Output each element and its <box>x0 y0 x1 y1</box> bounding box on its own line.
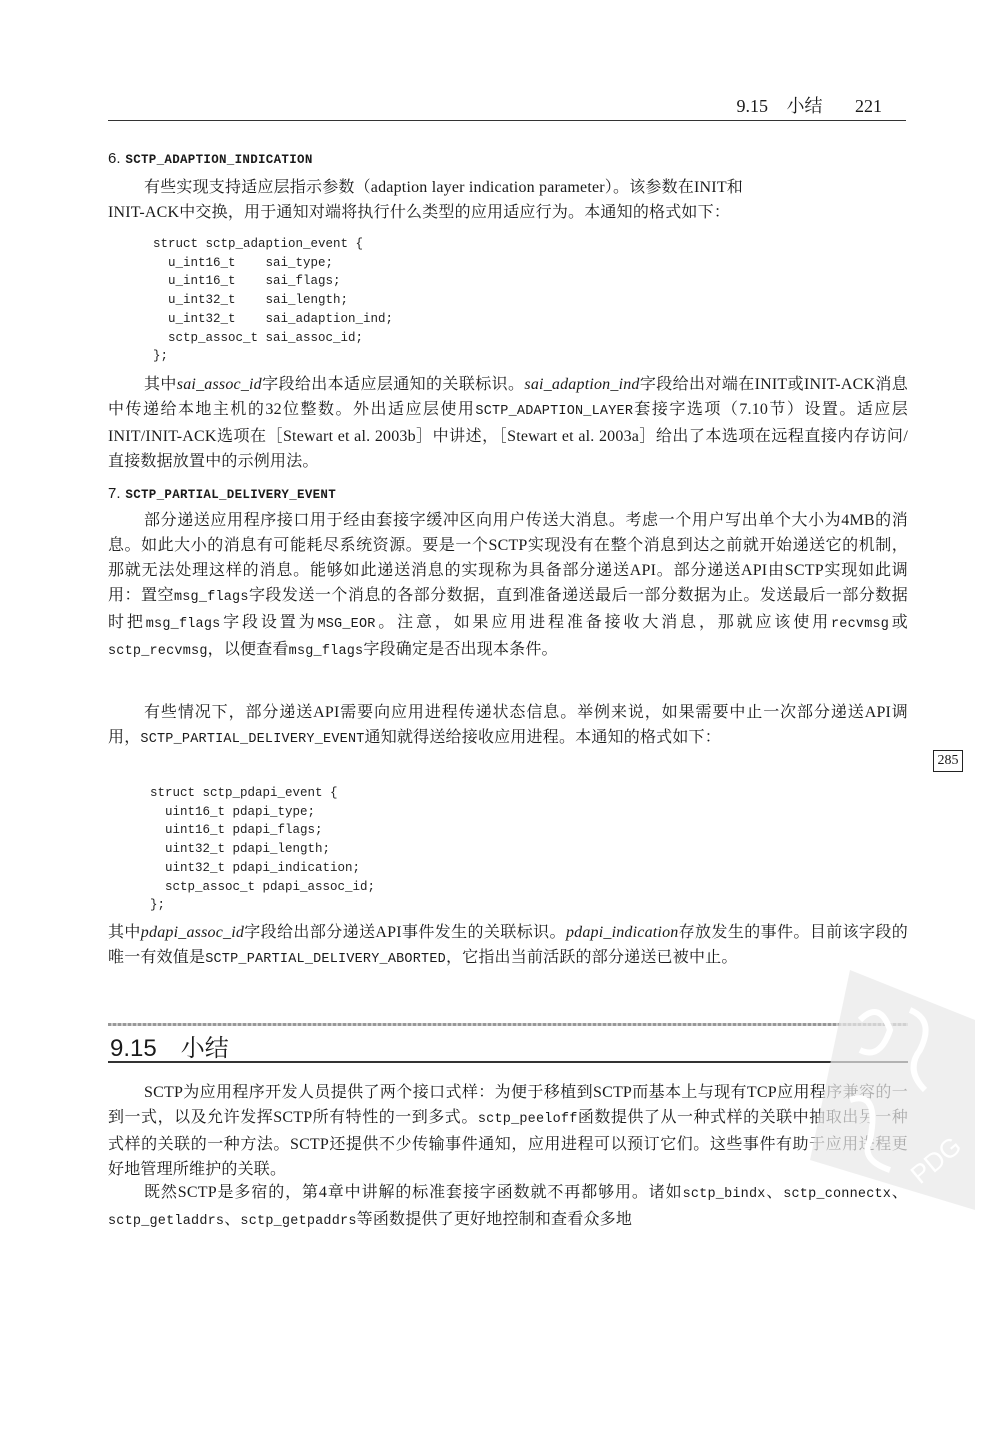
section-number: 9.15 <box>110 1035 157 1062</box>
item6-number: 6. <box>108 150 121 167</box>
text: 字段给出部分递送API事件发生的关联标识。 <box>244 924 566 941</box>
const-sctp-partial-delivery-aborted: SCTP_PARTIAL_DELIVERY_ABORTED <box>205 952 446 967</box>
field-sai-adaption-ind: sai_adaption_ind <box>524 376 639 393</box>
header-section-number: 9.15 <box>737 96 769 116</box>
text: 其中 <box>144 376 177 393</box>
field-sai-assoc-id: sai_assoc_id <box>177 376 262 393</box>
header-page-number: 221 <box>855 96 882 116</box>
code-sctp-getladdrs: sctp_getladdrs <box>108 1214 224 1229</box>
item6-intro-line1: 有些实现支持适应层指示参数（adaption layer indication … <box>108 175 908 200</box>
item6-title: SCTP_ADAPTION_INDICATION <box>125 153 312 167</box>
item7-paragraph-1: 部分递送应用程序接口用于经由套接字缓冲区向用户传送大消息。考虑一个用户写出单个大… <box>108 508 908 664</box>
separator: 、 <box>766 1184 784 1201</box>
item6-heading: 6. SCTP_ADAPTION_INDICATION <box>108 150 908 167</box>
margin-page-reference: 285 <box>933 750 963 772</box>
running-header: 9.15 小结 221 <box>108 92 906 121</box>
field-pdapi-assoc-id: pdapi_assoc_id <box>141 924 244 941</box>
text: 字段设置为 <box>220 614 317 631</box>
code-recvmsg: recvmsg <box>831 617 889 632</box>
section-title: 小结 <box>181 1035 229 1062</box>
const-sctp-adaption-layer: SCTP_ADAPTION_LAYER <box>475 404 633 419</box>
text: 其中 <box>108 924 141 941</box>
item7-description: 其中pdapi_assoc_id字段给出部分递送API事件发生的关联标识。pda… <box>108 920 908 972</box>
header-section-title: 小结 <box>787 96 823 116</box>
text: 字段确定是否出现本条件。 <box>363 641 557 658</box>
code-msg-flags: msg_flags <box>146 617 221 632</box>
separator: 、 <box>891 1184 908 1201</box>
field-pdapi-indication: pdapi_indication <box>566 924 679 941</box>
text: 或 <box>889 614 908 631</box>
item7-code-block: struct sctp_pdapi_event { uint16_t pdapi… <box>150 784 950 915</box>
code-sctp-connectx: sctp_connectx <box>783 1187 891 1202</box>
code-msg-flags: msg_flags <box>289 644 364 659</box>
summary-paragraph-2: 既然SCTP是多宿的，第4章中讲解的标准套接字函数就不再都够用。诸如sctp_b… <box>108 1180 908 1234</box>
text: 字段给出本适应层通知的关联标识。 <box>262 376 525 393</box>
header-right: 9.15 小结 221 <box>723 92 883 118</box>
section-rule-top <box>108 1023 908 1026</box>
text: 等函数提供了更好地控制和查看众多地 <box>357 1211 632 1228</box>
book-page: 9.15 小结 221 6. SCTP_ADAPTION_INDICATION … <box>0 0 983 1432</box>
item6-description: 其中sai_assoc_id字段给出本适应层通知的关联标识。sai_adapti… <box>108 372 908 474</box>
separator: 、 <box>224 1211 240 1228</box>
item7-paragraph-2: 有些情况下，部分递送API需要向应用进程传递状态信息。举例来说，如果需要中止一次… <box>108 700 908 752</box>
section-heading: 9.15小结 <box>110 1028 229 1063</box>
text: 既然SCTP是多宿的，第4章中讲解的标准套接字函数就不再都够用。诸如 <box>144 1184 683 1201</box>
code-sctp-peeloff: sctp_peeloff <box>478 1112 578 1127</box>
item7-number: 7. <box>108 485 121 502</box>
svg-text:PDG: PDG <box>905 1130 967 1189</box>
code-sctp-getpaddrs: sctp_getpaddrs <box>240 1214 356 1229</box>
item7-title: SCTP_PARTIAL_DELIVERY_EVENT <box>125 488 336 502</box>
code-sctp-recvmsg: sctp_recvmsg <box>108 644 208 659</box>
text: 。注意，如果应用进程准备接收大消息，那就应该使用 <box>376 614 831 631</box>
text: 通知就得送给接收应用进程。本通知的格式如下： <box>365 729 721 746</box>
const-sctp-partial-delivery-event: SCTP_PARTIAL_DELIVERY_EVENT <box>140 732 364 747</box>
item6-code-block: struct sctp_adaption_event { u_int16_t s… <box>153 235 953 366</box>
summary-paragraph-1: SCTP为应用程序开发人员提供了两个接口式样：为便于移植到SCTP而基本上与现有… <box>108 1080 908 1182</box>
text: ，以便查看 <box>208 641 289 658</box>
code-msg-flags: msg_flags <box>174 590 249 605</box>
text: ，它指出当前活跃的部分递送已被中止。 <box>446 949 738 966</box>
item6-intro-line2: INIT-ACK中交换，用于通知对端将执行什么类型的应用适应行为。本通知的格式如… <box>108 200 908 225</box>
code-msg-eor: MSG_EOR <box>317 617 375 632</box>
code-sctp-bindx: sctp_bindx <box>683 1187 766 1202</box>
item7-heading: 7. SCTP_PARTIAL_DELIVERY_EVENT <box>108 485 908 502</box>
section-rule-bottom <box>108 1061 908 1063</box>
